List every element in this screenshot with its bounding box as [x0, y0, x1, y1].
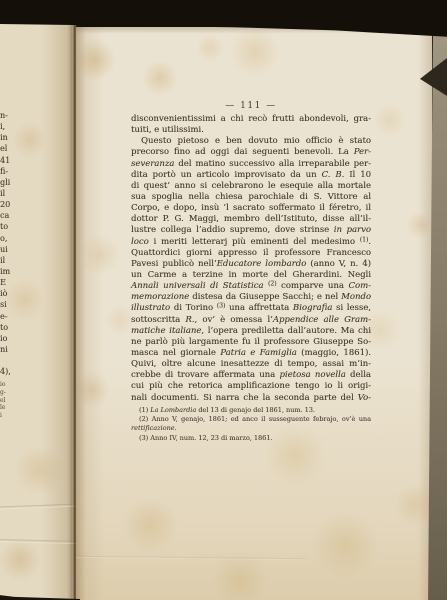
text-segment: . [368, 237, 371, 247]
cut-text-fragment: ca [0, 210, 13, 221]
text-segment: , l’opera prediletta dall’autore. Ma chi [201, 326, 371, 336]
cut-text-fragment: el [0, 397, 11, 405]
cut-text-fragment: im [0, 266, 13, 277]
text-line: cui più che retorica amplificazione teng… [131, 381, 371, 392]
cut-text-fragment: gli [0, 177, 13, 188]
text-segment: Quattordici giorni appresso il professor… [131, 248, 371, 258]
cut-text-fragment: fi- [0, 166, 13, 177]
text-segment: matiche italiane [131, 326, 201, 336]
cut-text-fragment: n- [0, 110, 13, 121]
text-segment: un Carme a terzine in morte del Gherardi… [131, 270, 371, 280]
text-line: dottor P. G. Maggi, membro dell’Istituto… [131, 214, 371, 225]
text-segment: pietosa novella [279, 370, 345, 380]
text-line: illustrato di Torino (3) una affrettata … [131, 303, 371, 314]
text-segment: cui più che retorica amplificazione teng… [131, 381, 371, 391]
text-segment: sottoscritta [131, 315, 185, 325]
text-line: Corpo, e dopo, insù ’l sacrato soffermat… [131, 203, 371, 214]
text-line: Quattordici giorni appresso il professor… [131, 248, 371, 259]
text-segment: lustre collega l’addio supremo, dove str… [131, 225, 334, 235]
text-segment: disconvenientissimi a chi recò frutti ab… [131, 114, 371, 124]
text-line: rettificazione. [131, 424, 371, 433]
text-segment: Com- [348, 281, 371, 291]
cut-text-fragment [0, 355, 13, 366]
text-segment: crebbe di trovare affermata una [131, 370, 279, 380]
cut-text-fragment: e- [0, 311, 13, 322]
text-segment: , ov’ è omessa l’ [194, 315, 272, 325]
text-line: memorazione distesa da Giuseppe Sacchi; … [131, 292, 371, 303]
text-segment: Il 10 [344, 170, 371, 180]
cut-text-fragment: iò [0, 288, 13, 299]
text-segment: Per- [354, 147, 371, 157]
cut-text-fragment: 20 [0, 199, 13, 210]
cut-text-fragment: o, [0, 233, 13, 244]
text-segment: sua spoglia nella chiesa parochiale di S… [131, 192, 371, 202]
text-segment: illustrato [131, 303, 170, 313]
text-segment: precorso fino ad oggi dai seguenti benev… [131, 147, 354, 157]
text-line: severanza del matino successivo alla irr… [131, 159, 371, 170]
text-segment: (anno V, n. 4) [306, 259, 371, 269]
text-line: Pavesi publicò nell’Educatore lombardo (… [131, 259, 371, 270]
text-line: disconvenientissimi a chi recò frutti ab… [131, 114, 371, 125]
facing-page-footnote-fragments: iog-ellei [0, 381, 11, 420]
text-line: Quivi, oltre alcune inesattezze di tempo… [131, 359, 371, 370]
text-segment: dottor P. G. Maggi, membro dell’Istituto… [131, 214, 371, 224]
text-segment: in parvo [334, 225, 371, 235]
cut-text-fragment: io [0, 333, 13, 344]
cut-text-fragment: il [0, 255, 13, 266]
text-segment: di Torino [170, 303, 217, 313]
text-segment: severanza [131, 159, 174, 169]
cut-text-fragment: E [0, 277, 13, 288]
cut-text-fragment: il [0, 188, 13, 199]
text-segment: del 13 di genajo del 1861, num. 13. [196, 406, 315, 414]
text-segment: masca nel giornale [131, 348, 220, 358]
text-line: (1) La Lombardia del 13 di genajo del 18… [131, 406, 371, 415]
footnotes-block: (1) La Lombardia del 13 di genajo del 18… [131, 406, 371, 443]
text-line: nali documenti. Si narra che la seconda … [131, 393, 371, 404]
text-segment: (3) Anno IV, num. 12, 23 di marzo, 1861. [139, 434, 273, 442]
cut-text-fragment: in [0, 132, 13, 143]
text-segment: di quest’ anno si celebrarono le esequie… [131, 181, 371, 191]
text-segment: (2) Anno V, genajo, 1861; ed anco il sus… [139, 415, 371, 423]
text-segment: Quivi, oltre alcune inesattezze di tempo… [131, 359, 371, 369]
text-segment: i meriti letterarj più eminenti del mede… [149, 237, 360, 247]
text-segment: memorazione [131, 292, 189, 302]
text-segment: nali documenti. Si narra che la seconda … [131, 393, 358, 403]
text-segment: dita portò un articolo improvisato da un [131, 170, 322, 180]
cut-text-fragment: to [0, 221, 13, 232]
text-segment: C. B. [322, 170, 345, 180]
text-line: sua spoglia nella chiesa parochiale di S… [131, 192, 371, 203]
cut-text-fragment: to [0, 322, 13, 333]
text-segment: loco [131, 237, 149, 247]
text-line: Questo pietoso e ben dovuto mio officio … [131, 136, 371, 147]
text-line: matiche italiane, l’opera prediletta dal… [131, 326, 371, 337]
text-line: tuiti, e utilissimi. [131, 125, 371, 136]
text-segment: tuiti, e utilissimi. [131, 125, 204, 135]
text-segment: si lesse, [332, 303, 371, 313]
text-line: un Carme a terzine in morte del Gherardi… [131, 270, 371, 281]
text-line: crebbe di trovare affermata una pietosa … [131, 370, 371, 381]
text-segment: del matino successivo alla irreparabile … [174, 159, 371, 169]
cut-text-fragment: el [0, 143, 13, 154]
footnote-reference: (2) [268, 281, 277, 288]
text-segment: una affrettata [225, 303, 293, 313]
cut-text-fragment: ui [0, 244, 13, 255]
cut-text-fragment: i [0, 412, 11, 420]
text-segment: Annali universali di Statistica [131, 281, 264, 291]
text-segment: Pavesi publicò nell’ [131, 259, 217, 269]
text-segment: Patria e Famiglia [220, 348, 297, 358]
text-line: masca nel giornale Patria e Famiglia (ma… [131, 348, 371, 359]
page-crease [0, 504, 76, 510]
text-segment: (1) [139, 406, 150, 414]
text-line: (3) Anno IV, num. 12, 23 di marzo, 1861. [131, 434, 371, 443]
text-segment: Mondo [341, 292, 371, 302]
page-crease [0, 539, 76, 544]
text-segment: Vo- [358, 393, 371, 403]
text-line: (2) Anno V, genajo, 1861; ed anco il sus… [131, 415, 371, 424]
cut-text-fragment: io [0, 381, 11, 389]
cut-text-fragment: le [0, 404, 11, 412]
text-segment: Biografia [293, 303, 332, 313]
text-segment: Corpo, e dopo, insù ’l sacrato soffermat… [131, 203, 371, 213]
cut-text-fragment: 41 [0, 155, 13, 166]
text-segment: Educatore lombardo [217, 259, 307, 269]
text-segment: Questo pietoso e ben dovuto mio officio … [141, 136, 371, 146]
page-number-header: — 111 — [131, 101, 371, 111]
text-line: precorso fino ad oggi dai seguenti benev… [131, 147, 371, 158]
text-line: di quest’ anno si celebrarono le esequie… [131, 181, 371, 192]
text-segment: Appendice alle Gram- [273, 315, 371, 325]
cut-text-fragment: ni [0, 344, 13, 355]
text-segment: (maggio, 1861). [297, 348, 371, 358]
text-segment: La Lombardia [150, 406, 196, 414]
body-text-block: disconvenientissimi a chi recò frutti ab… [131, 114, 371, 404]
cut-text-fragment: 4), [0, 366, 13, 377]
text-segment: rettificazione. [131, 424, 177, 432]
text-line: sottoscritta R., ov’ è omessa l’Appendic… [131, 315, 371, 326]
text-line: Annali universali di Statistica (2) comp… [131, 281, 371, 292]
text-line: lustre collega l’addio supremo, dove str… [131, 225, 371, 236]
footnote-reference: (3) [217, 303, 226, 310]
scanned-book-photo: n-i,inel41fi-gliil20catoo,uiilimEiòsie-t… [0, 0, 447, 600]
text-segment: della [346, 370, 371, 380]
text-segment: comparve una [277, 281, 349, 291]
text-line: ne parlò più largamente fu il professore… [131, 337, 371, 348]
text-line: loco i meriti letterarj più eminenti del… [131, 237, 371, 248]
text-segment: ne parlò più largamente fu il professore… [131, 337, 371, 347]
cut-text-fragment: g- [0, 389, 11, 397]
text-segment: distesa da Giuseppe Sacchi; e nel [189, 292, 341, 302]
facing-page-text-fragments: n-i,inel41fi-gliil20catoo,uiilimEiòsie-t… [0, 110, 13, 377]
cut-text-fragment: si [0, 299, 13, 310]
text-line: dita portò un articolo improvisato da un… [131, 170, 371, 181]
cut-text-fragment: i, [0, 121, 13, 132]
